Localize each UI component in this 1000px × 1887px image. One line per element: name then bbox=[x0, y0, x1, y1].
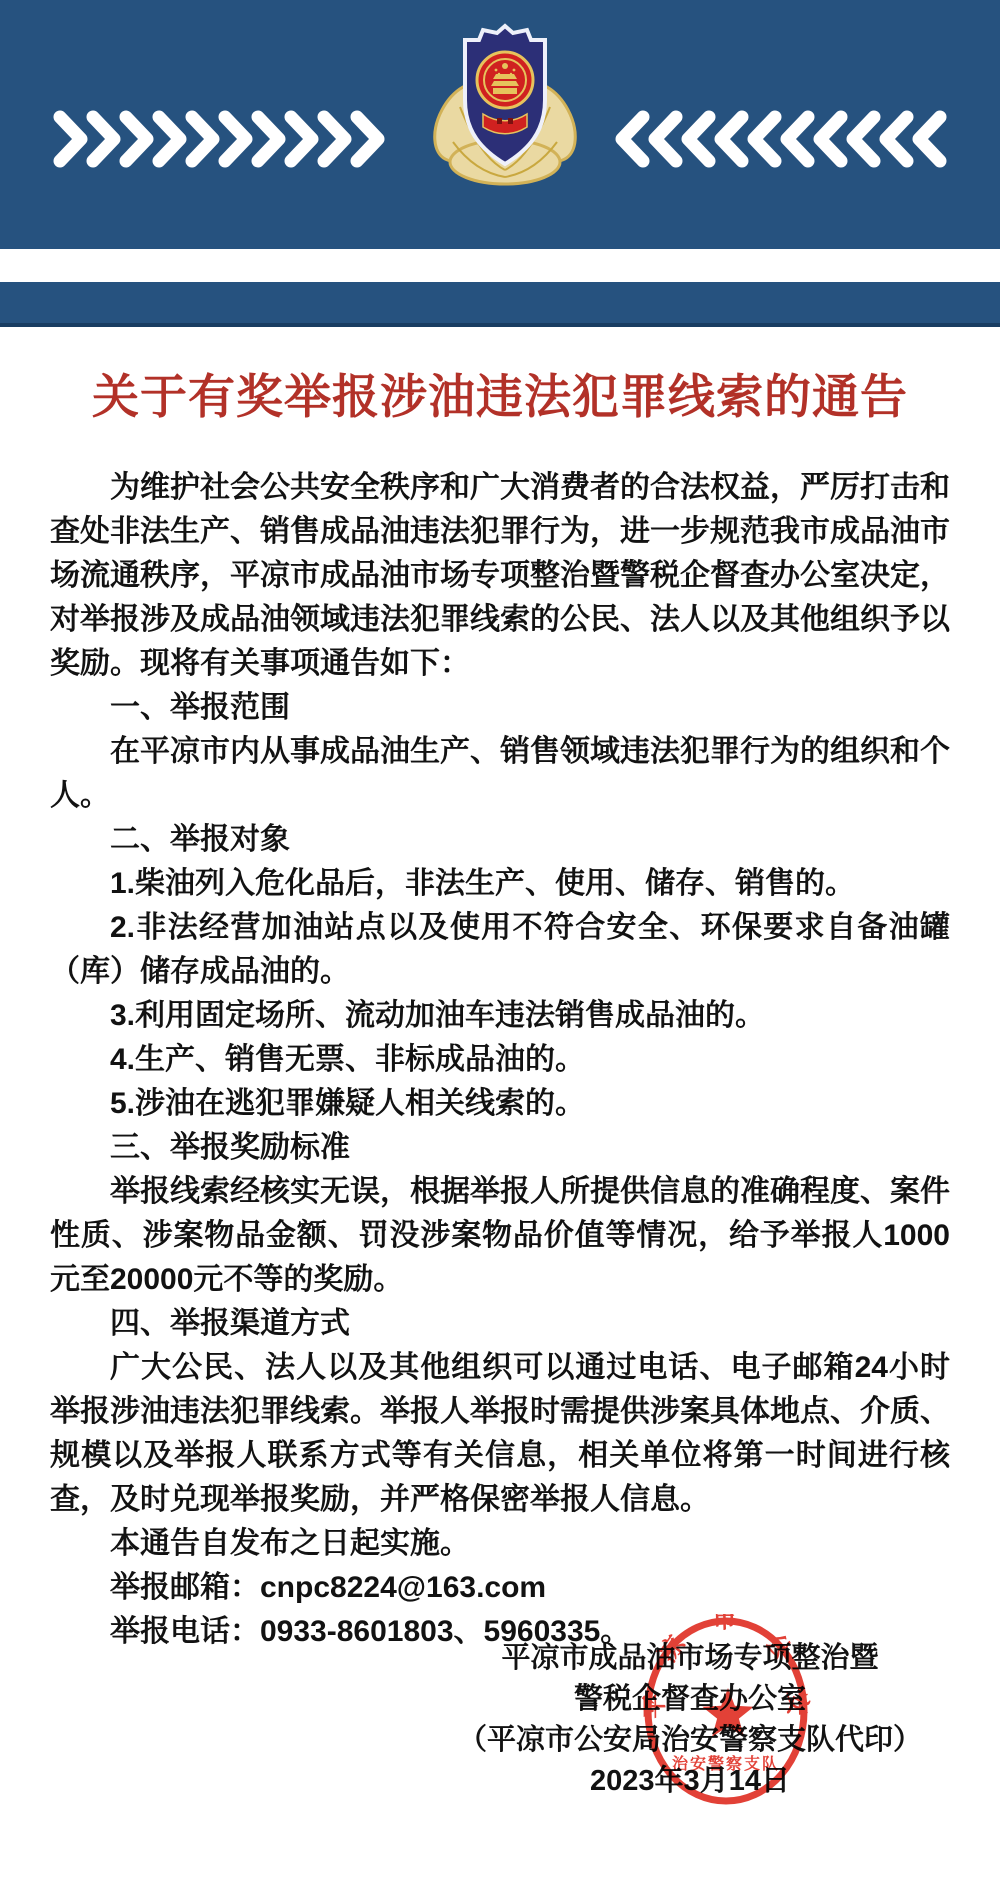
chevrons-left-icon bbox=[60, 117, 378, 161]
police-banner bbox=[0, 0, 1000, 249]
banner-art bbox=[0, 0, 1000, 249]
notice-paragraph: 5.涉油在逃犯罪嫌疑人相关线索的。 bbox=[50, 1082, 950, 1126]
notice-body: 为维护社会公共安全秩序和广大消费者的合法权益，严厉打击和查处非法生产、销售成品油… bbox=[50, 466, 950, 1654]
notice-paragraph: 2.非法经营加油站点以及使用不符合安全、环保要求自备油罐（库）储存成品油的。 bbox=[50, 906, 950, 994]
notice-paragraph: 三、举报奖励标准 bbox=[50, 1126, 950, 1170]
notice-paragraph: 在平凉市内从事成品油生产、销售领域违法犯罪行为的组织和个人。 bbox=[50, 730, 950, 818]
notice-paragraph: 本通告自发布之日起实施。 bbox=[50, 1522, 950, 1566]
police-badge-icon bbox=[422, 26, 587, 184]
notice-page: 关于有奖举报涉油违法犯罪线索的通告 为维护社会公共安全秩序和广大消费者的合法权益… bbox=[0, 0, 1000, 1887]
notice-paragraph: 举报线索经核实无误，根据举报人所提供信息的准确程度、案件性质、涉案物品金额、罚没… bbox=[50, 1170, 950, 1302]
chevrons-right-icon bbox=[622, 117, 940, 161]
notice-title: 关于有奖举报涉油违法犯罪线索的通告 bbox=[0, 369, 1000, 425]
notice-paragraph: 举报邮箱：cnpc8224@163.com bbox=[50, 1566, 950, 1610]
notice-paragraph: 四、举报渠道方式 bbox=[50, 1302, 950, 1346]
notice-paragraph: 4.生产、销售无票、非标成品油的。 bbox=[50, 1038, 950, 1082]
divider-bar bbox=[0, 282, 1000, 327]
star-icon bbox=[702, 1688, 753, 1737]
notice-paragraph: 二、举报对象 bbox=[50, 818, 950, 862]
notice-paragraph: 一、举报范围 bbox=[50, 686, 950, 730]
notice-paragraph: 3.利用固定场所、流动加油车违法销售成品油的。 bbox=[50, 994, 950, 1038]
notice-paragraph: 广大公民、法人以及其他组织可以通过电话、电子邮箱24小时举报涉油违法犯罪线索。举… bbox=[50, 1346, 950, 1522]
stamp-unit-text: 治安警察支队 bbox=[672, 1754, 780, 1773]
seal-art: 平凉市公安局 治安警察支队 bbox=[641, 1614, 811, 1810]
official-seal-stamp: 平凉市公安局 治安警察支队 bbox=[641, 1614, 811, 1810]
notice-paragraph: 为维护社会公共安全秩序和广大消费者的合法权益，严厉打击和查处非法生产、销售成品油… bbox=[50, 466, 950, 686]
notice-paragraph: 1.柴油列入危化品后，非法生产、使用、储存、销售的。 bbox=[50, 862, 950, 906]
